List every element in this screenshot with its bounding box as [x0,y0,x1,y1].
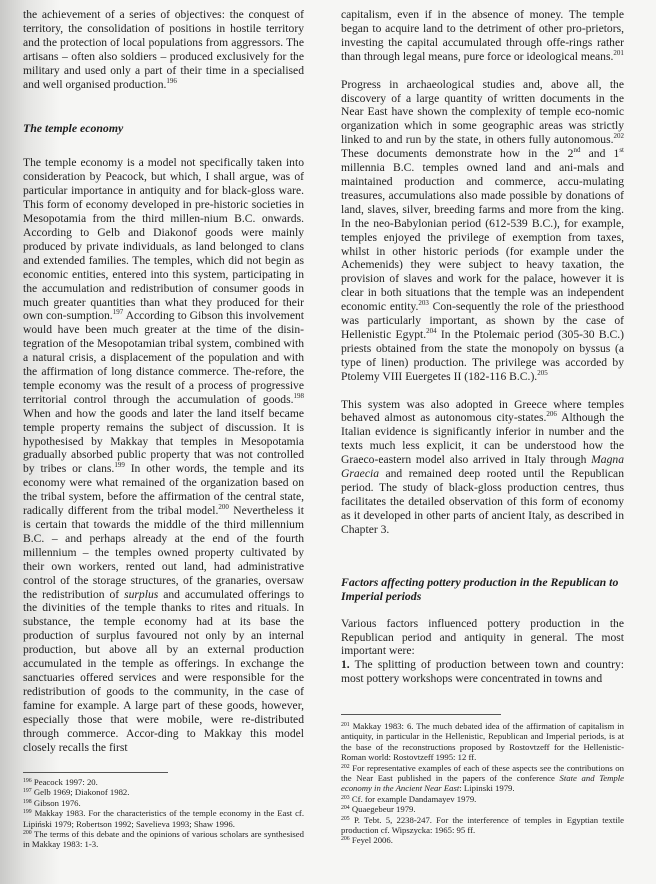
paragraph-text: and remained deep rooted until the Repub… [341,467,624,536]
paragraph-text: The temple economy is a model not specif… [23,156,304,322]
footnote-200: 200 The terms of this debate and the opi… [23,829,304,850]
footnote-number: 196 [23,778,32,784]
footnote-number: 202 [341,764,350,770]
paragraph-military-production: the achievement of a series of objective… [23,8,304,91]
footnote-204: 204 Quaegebeur 1979. [341,804,624,814]
paragraph-text: Nevertheless it is certain that towards … [23,504,304,600]
footnote-196: 196 Peacock 1997: 20. [23,777,304,787]
footnote-199: 199 Makkay 1983. For the characteristics… [23,808,304,829]
footnote-ref-203[interactable]: 203 [418,299,429,307]
footnote-text: Cf. for example Dandamayev 1979. [352,794,476,804]
paragraph-temple-economy: The temple economy is a model not specif… [23,156,304,754]
paragraph-archaeological-progress: Progress in archaeological studies and, … [341,78,624,384]
footnote-number: 199 [23,809,32,815]
paragraph-text: According to Gibson this involvement wou… [23,309,304,405]
footnote-text: Makkay 1983. For the characteristics of … [23,808,304,828]
footnote-number: 201 [341,722,350,728]
footnote-text: Gelb 1969; Diakonof 1982. [34,787,130,797]
paragraph-capitalism: capitalism, even if in the absence of mo… [341,8,624,64]
footnote-text: Makkay 1983: 6. The much debated idea of… [341,721,624,762]
section-heading-factors: Factors affecting pottery production in … [341,575,624,603]
paragraph-various-factors: Various factors influenced pottery produ… [341,617,624,659]
footnote-198: 198 Gibson 1976. [23,798,304,808]
footnote-number: 197 [23,788,32,794]
list-number: 1. [341,658,350,671]
paragraph-text: and accumulated offerings to the divinit… [23,588,304,754]
footnote-203: 203 Cf. for example Dandamayev 1979. [341,794,624,804]
footnote-ref-204[interactable]: 204 [426,327,437,335]
footnote-202: 202 For representative examples of each … [341,763,624,794]
footnote-text: Peacock 1997: 20. [34,777,98,787]
footnote-text: Gibson 1976. [34,798,81,808]
footnote-text: The terms of this debate and the opinion… [23,829,304,849]
paragraph-greece-italy: This system was also adopted in Greece w… [341,398,624,537]
footnote-ref-201[interactable]: 201 [613,49,624,57]
footnote-ref-202[interactable]: 202 [614,132,625,140]
footnote-ref-200[interactable]: 200 [218,503,229,511]
footnote-number: 206 [341,836,350,842]
footnote-text: Quaegebeur 1979. [352,804,416,814]
footnote-text: P. Tebt. 5, 2238-247. For the interferen… [341,815,624,835]
footnote-number: 200 [23,830,32,836]
ordinal-suffix: st [619,146,624,154]
paragraph-text: Progress in archaeological studies and, … [341,78,624,147]
footnote-text: : Lipinski 1979. [459,783,514,793]
footnotes-left: 196 Peacock 1997: 20. 197 Gelb 1969; Dia… [23,772,304,850]
footnote-205: 205 P. Tebt. 5, 2238-247. For the interf… [341,815,624,836]
right-column: capitalism, even if in the absence of mo… [341,8,624,686]
paragraph-text: The splitting of production between town… [341,658,624,685]
section-heading-temple-economy: The temple economy [23,121,304,135]
paragraph-text: capitalism, even if in the absence of mo… [341,8,624,63]
footnote-number: 198 [23,799,32,805]
footnote-number: 203 [341,795,350,801]
footnote-206: 206 Feyel 2006. [341,835,624,845]
footnote-ref-206[interactable]: 206 [546,410,557,418]
footnote-ref-199[interactable]: 199 [114,461,125,469]
footnote-number: 205 [341,816,350,822]
paragraph-list-item-1: 1. The splitting of production between t… [341,658,624,686]
paragraph-text: millennia B.C. temples owned land and an… [341,161,624,313]
footnotes-right: 201 Makkay 1983: 6. The much debated ide… [341,714,624,846]
footnote-number: 204 [341,805,350,811]
paragraph-text: and 1 [580,147,619,160]
footnote-ref-197[interactable]: 197 [113,308,124,316]
footnote-197: 197 Gelb 1969; Diakonof 1982. [23,787,304,797]
left-column: the achievement of a series of objective… [23,8,304,754]
footnote-ref-196[interactable]: 196 [166,77,177,85]
footnote-text: Feyel 2006. [352,835,393,845]
footnote-ref-198[interactable]: 198 [294,392,305,400]
italic-term: surplus [124,588,158,601]
footnote-201: 201 Makkay 1983: 6. The much debated ide… [341,721,624,763]
paragraph-text: the achievement of a series of objective… [23,8,304,91]
footnote-ref-205[interactable]: 205 [537,369,548,377]
paragraph-text: These documents demonstrate how in the 2 [341,147,573,160]
